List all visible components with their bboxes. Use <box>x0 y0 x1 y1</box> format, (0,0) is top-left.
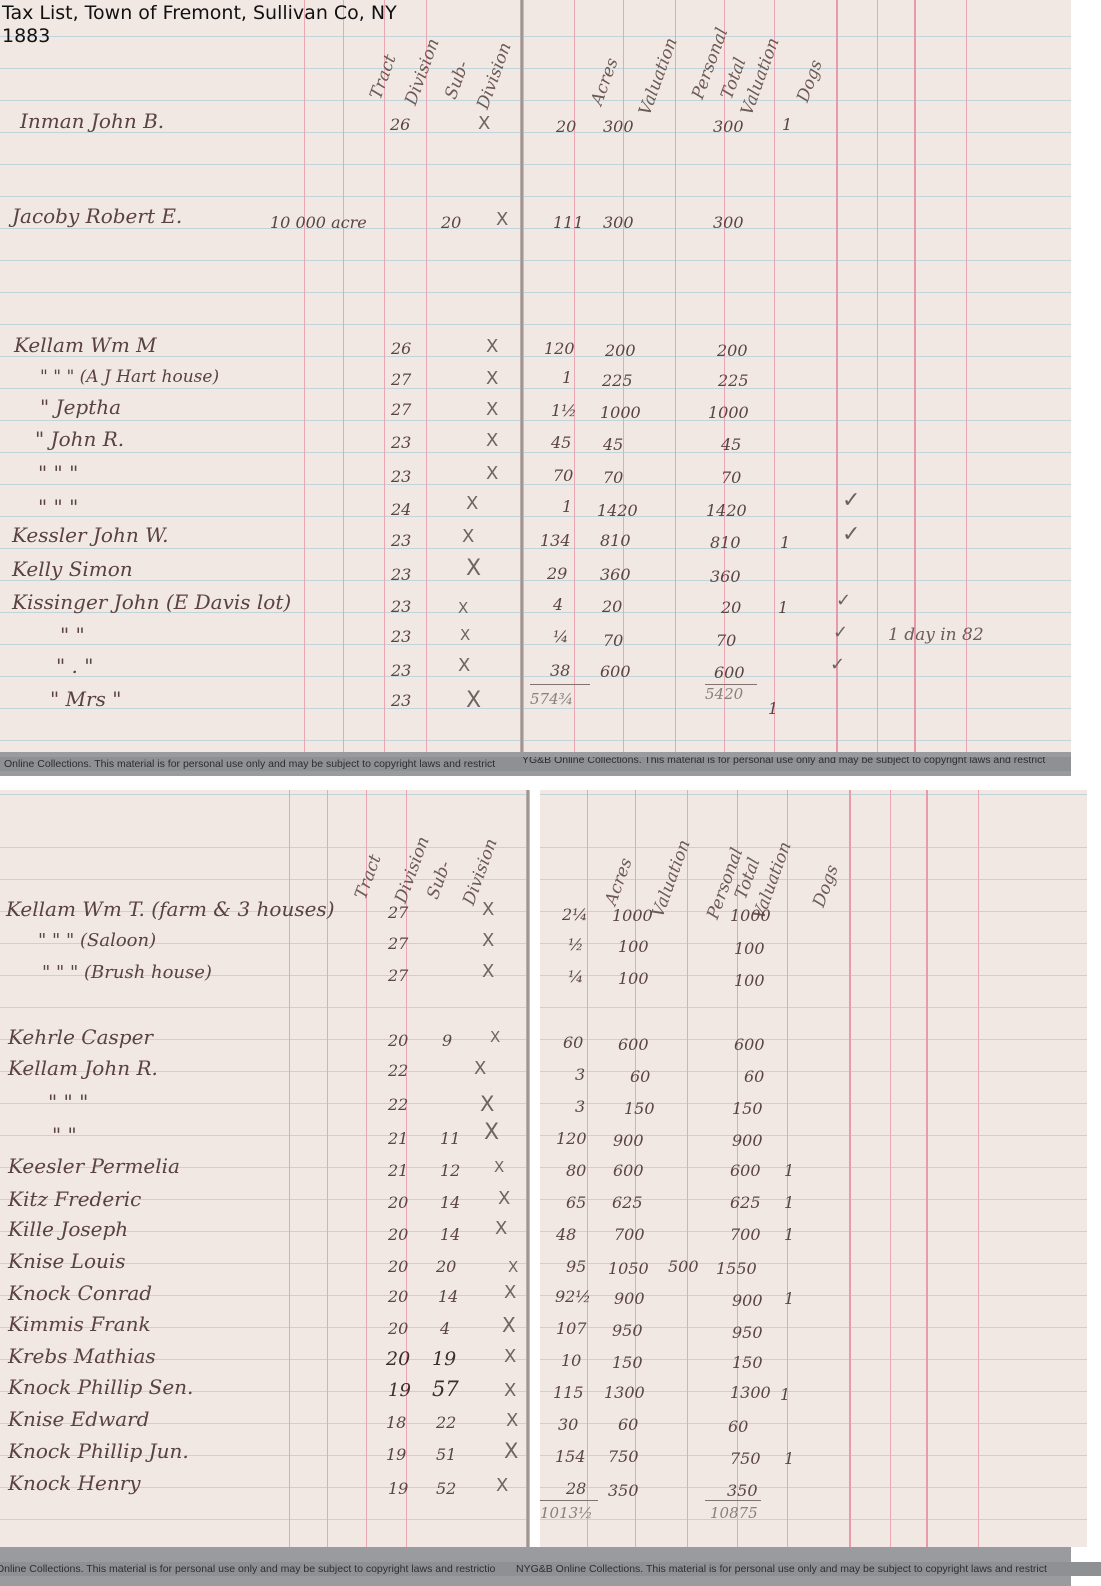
row-total: 60 <box>728 1416 748 1438</box>
row-name: " John R. <box>35 428 124 450</box>
row-total: 60 <box>744 1066 764 1088</box>
row-acres: 1 <box>562 496 572 518</box>
row-name: Kellam Wm M <box>14 334 157 356</box>
row-total: 1000 <box>708 402 749 424</box>
row-acres: 20 <box>556 116 576 138</box>
row-mark: X <box>486 336 498 358</box>
row-division: 20 <box>388 1030 408 1052</box>
row-total: 1550 <box>716 1258 757 1280</box>
row-valuation: 70 <box>603 467 623 489</box>
row-total: 20 <box>721 597 741 619</box>
row-acres: ¼ <box>568 966 584 988</box>
row-valuation: 200 <box>605 340 636 362</box>
row-division: 20 <box>441 212 461 234</box>
row-mark: X <box>458 597 468 619</box>
row-mark: X <box>466 558 481 580</box>
rule-line <box>849 790 851 1547</box>
row-mark: X <box>466 690 481 712</box>
row-dogs: 1 <box>778 597 788 619</box>
total-valuation: 10875 <box>710 1502 758 1524</box>
watermark-text-right: NYG&B Online Collections. This material … <box>516 1562 1047 1576</box>
row-sub: 20 <box>436 1256 456 1278</box>
row-division: 18 <box>386 1412 406 1434</box>
row-valuation: 1050 <box>608 1258 649 1280</box>
checkmark: ✓ <box>833 622 848 644</box>
row-total: 900 <box>732 1130 763 1152</box>
row-valuation: 150 <box>624 1098 655 1120</box>
row-acres: 154 <box>555 1446 586 1468</box>
row-mark: X <box>466 493 478 515</box>
row-sub: 14 <box>440 1224 460 1246</box>
row-personal: 500 <box>668 1256 699 1278</box>
row-total: 70 <box>716 630 736 652</box>
row-division: 27 <box>391 369 411 391</box>
rule-line <box>574 0 575 752</box>
rule-line <box>877 0 878 752</box>
row-mark: X <box>504 1440 518 1462</box>
row-sub: 11 <box>440 1128 460 1150</box>
row-dogs: 1 <box>784 1448 794 1470</box>
row-total: 600 <box>714 662 745 684</box>
row-total: 70 <box>721 467 741 489</box>
row-name: " " " <box>38 496 78 518</box>
checkmark: ✓ <box>842 524 860 546</box>
row-total: 700 <box>730 1224 761 1246</box>
row-mark: X <box>482 899 494 921</box>
row-division: 23 <box>391 530 411 552</box>
row-division: 23 <box>391 660 411 682</box>
row-total: 100 <box>734 970 765 992</box>
row-total: 1420 <box>706 500 747 522</box>
header-acres: Acres <box>601 855 636 908</box>
row-name: " " <box>52 1124 77 1146</box>
row-valuation: 600 <box>613 1160 644 1182</box>
row-sub: 57 <box>432 1378 459 1400</box>
row-sub: 12 <box>440 1160 460 1182</box>
row-total: 300 <box>713 212 744 234</box>
row-total: 950 <box>732 1322 763 1344</box>
row-name: Knock Henry <box>8 1472 141 1494</box>
row-dogs: 1 <box>780 532 790 554</box>
rule-line <box>304 0 305 752</box>
row-dogs: 1 <box>784 1192 794 1214</box>
row-total: 600 <box>730 1160 761 1182</box>
header-sub: Sub- <box>441 58 473 102</box>
row-acres: 28 <box>566 1478 586 1500</box>
row-division: 20 <box>388 1192 408 1214</box>
row-division: 26 <box>391 338 411 360</box>
row-mark: X <box>462 526 474 548</box>
row-valuation: 625 <box>612 1192 643 1214</box>
row-dogs: 1 <box>782 114 792 136</box>
caption-year: 1883 <box>2 25 397 48</box>
row-acres: 70 <box>553 465 573 487</box>
row-name: Kessler John W. <box>12 524 169 546</box>
header-dogs: Dogs <box>809 862 843 910</box>
row-valuation: 45 <box>603 434 623 456</box>
rule-line <box>384 0 385 752</box>
row-name: " " " (Saloon) <box>38 930 156 952</box>
row-total: 300 <box>713 116 744 138</box>
row-mark: X <box>486 399 498 421</box>
header-dogs: Dogs <box>793 57 827 105</box>
checkmark: ✓ <box>842 490 860 512</box>
row-total: 360 <box>710 566 741 588</box>
row-valuation: 1420 <box>597 500 638 522</box>
header-tract: Tract <box>366 52 401 102</box>
row-division: 23 <box>391 432 411 454</box>
row-total: 900 <box>732 1290 763 1312</box>
row-valuation: 20 <box>602 596 622 618</box>
row-division: 24 <box>391 499 411 521</box>
row-sub: 19 <box>432 1348 456 1370</box>
header-tract: Tract <box>351 852 386 902</box>
row-mark: X <box>506 1410 518 1432</box>
row-mark: X <box>494 1156 504 1178</box>
row-dogs: 1 <box>768 698 778 720</box>
row-mark: X <box>486 463 498 485</box>
row-note: 10 000 acre <box>270 212 367 234</box>
watermark-text-left: Online Collections. This material is for… <box>0 1562 495 1576</box>
row-mark: X <box>504 1346 516 1368</box>
row-acres: 3 <box>575 1096 585 1118</box>
row-acres: 115 <box>553 1382 584 1404</box>
row-name: Kimmis Frank <box>8 1313 151 1335</box>
row-name: Kille Joseph <box>8 1218 128 1240</box>
rule-line <box>343 0 344 752</box>
row-name: " " <box>60 624 85 646</box>
row-valuation: 300 <box>603 116 634 138</box>
row-acres: 65 <box>566 1192 586 1214</box>
row-acres: ¼ <box>553 626 569 648</box>
row-division: 20 <box>388 1224 408 1246</box>
row-sub: 9 <box>442 1030 452 1052</box>
watermark-text-right: YG&B Online Collections. This material i… <box>522 757 1045 767</box>
row-valuation: 60 <box>630 1066 650 1088</box>
row-acres: 1 <box>562 367 572 389</box>
row-acres: 48 <box>556 1224 576 1246</box>
row-acres: 29 <box>547 563 567 585</box>
row-acres: 80 <box>566 1160 586 1182</box>
row-valuation: 1300 <box>604 1382 645 1404</box>
row-mark: X <box>504 1380 516 1402</box>
header-sub: Sub- <box>423 858 455 902</box>
row-total: 1000 <box>730 905 771 927</box>
row-valuation: 350 <box>608 1480 639 1502</box>
row-division: 19 <box>388 1478 408 1500</box>
rule-line <box>978 790 979 1547</box>
row-division: 27 <box>388 902 408 924</box>
row-name: Inman John B. <box>20 110 164 132</box>
rule-line <box>426 0 427 752</box>
row-mark: X <box>508 1256 518 1278</box>
row-name: Kehrle Casper <box>8 1026 153 1048</box>
book-spine <box>526 790 530 1547</box>
row-division: 21 <box>388 1160 408 1182</box>
row-division: 22 <box>388 1060 408 1082</box>
row-valuation: 360 <box>600 564 631 586</box>
row-acres: 10 <box>561 1350 581 1372</box>
row-name: " " " <box>38 462 78 484</box>
row-acres: 95 <box>566 1256 586 1278</box>
row-mark: X <box>502 1314 516 1336</box>
row-division: 22 <box>388 1094 408 1116</box>
row-mark: X <box>486 368 498 390</box>
row-total: 100 <box>734 938 765 960</box>
row-acres: 30 <box>558 1414 578 1436</box>
row-remark: 1 day in 82 <box>888 624 984 646</box>
row-total: 625 <box>730 1192 761 1214</box>
row-acres: 3 <box>575 1064 585 1086</box>
row-division: 19 <box>386 1444 406 1466</box>
row-division: 20 <box>388 1286 408 1308</box>
row-total: 1300 <box>730 1382 771 1404</box>
rule-line <box>774 0 775 752</box>
header-acres: Acres <box>587 55 622 108</box>
row-name: Knock Conrad <box>8 1282 152 1304</box>
row-dogs: 1 <box>784 1288 794 1310</box>
row-name: Knock Phillip Jun. <box>8 1440 189 1462</box>
watermark: Online Collections. This material is for… <box>0 1562 1101 1576</box>
row-valuation: 100 <box>618 936 649 958</box>
row-name: Krebs Mathias <box>8 1345 156 1367</box>
row-name: Knise Edward <box>8 1408 149 1430</box>
row-sub: 22 <box>436 1412 456 1434</box>
row-acres: 60 <box>563 1032 583 1054</box>
row-mark: X <box>498 1188 510 1210</box>
row-valuation: 600 <box>600 661 631 683</box>
row-valuation: 100 <box>618 968 649 990</box>
row-division: 27 <box>388 965 408 987</box>
rule-line <box>687 790 688 1547</box>
row-dogs: 1 <box>784 1224 794 1246</box>
row-sub: 51 <box>436 1444 456 1466</box>
row-acres: 4 <box>553 594 563 616</box>
row-total: 150 <box>732 1098 763 1120</box>
row-mark: X <box>458 655 470 677</box>
row-mark: X <box>496 209 508 231</box>
total-acres: 1013½ <box>540 1502 593 1524</box>
sum-line <box>540 1500 598 1501</box>
row-name: Kellam John R. <box>8 1057 158 1079</box>
row-mark: X <box>496 1475 508 1497</box>
row-name: Kissinger John (E Davis lot) <box>12 591 291 613</box>
row-sub: 14 <box>440 1192 460 1214</box>
row-valuation: 1000 <box>600 402 641 424</box>
document-caption: Tax List, Town of Fremont, Sullivan Co, … <box>2 2 397 48</box>
total-acres: 574¾ <box>530 688 573 710</box>
row-acres: 134 <box>540 530 571 552</box>
header-sub-division: Division <box>459 836 502 908</box>
total-valuation: 5420 <box>705 683 743 705</box>
row-valuation: 810 <box>600 530 631 552</box>
row-mark: X <box>484 1122 499 1144</box>
row-acres: 92½ <box>555 1286 591 1308</box>
row-valuation: 60 <box>618 1414 638 1436</box>
caption-title: Tax List, Town of Fremont, Sullivan Co, … <box>2 2 397 25</box>
row-acres: 38 <box>550 660 570 682</box>
row-division: 21 <box>388 1128 408 1150</box>
row-name: " " " (A J Hart house) <box>40 366 219 388</box>
sum-line <box>530 684 590 685</box>
row-total: 810 <box>710 532 741 554</box>
watermark-text-left: Online Collections. This material is for… <box>4 757 495 771</box>
row-total: 200 <box>717 340 748 362</box>
row-total: 225 <box>718 370 749 392</box>
row-name: " Mrs " <box>50 688 121 710</box>
row-mark: X <box>495 1218 507 1240</box>
rule-line <box>890 790 891 1547</box>
row-mark: X <box>486 430 498 452</box>
row-division: 23 <box>391 626 411 648</box>
row-mark: X <box>490 1026 500 1048</box>
row-valuation: 900 <box>613 1130 644 1152</box>
row-name: " . " <box>56 655 93 677</box>
row-valuation: 225 <box>602 370 633 392</box>
row-valuation: 150 <box>612 1352 643 1374</box>
row-name: Kitz Frederic <box>8 1188 141 1210</box>
row-division: 20 <box>388 1318 408 1340</box>
row-name: Keesler Permelia <box>8 1155 180 1177</box>
row-total: 150 <box>732 1352 763 1374</box>
row-division: 20 <box>388 1256 408 1278</box>
row-total: 750 <box>730 1448 761 1470</box>
row-dogs: 1 <box>780 1384 790 1406</box>
header-division: Division <box>401 36 444 108</box>
rule-line <box>926 790 928 1547</box>
sum-line <box>705 1500 761 1501</box>
row-mark: X <box>480 1093 494 1115</box>
row-name: Kelly Simon <box>12 558 133 580</box>
row-division: 27 <box>391 399 411 421</box>
row-name: " " " <box>48 1091 88 1113</box>
row-acres: 45 <box>551 432 571 454</box>
checkmark: ✓ <box>836 590 851 612</box>
row-valuation: 700 <box>614 1224 645 1246</box>
row-total: 600 <box>734 1034 765 1056</box>
row-sub: 4 <box>440 1318 450 1340</box>
row-acres: 120 <box>556 1128 587 1150</box>
row-valuation: 70 <box>603 630 623 652</box>
row-sub: 14 <box>438 1286 458 1308</box>
row-division: 19 <box>388 1380 411 1402</box>
row-acres: ½ <box>568 934 584 956</box>
row-valuation: 950 <box>612 1320 643 1342</box>
row-acres: 2¼ <box>562 904 588 926</box>
row-name: " " " (Brush house) <box>42 962 212 984</box>
row-total: 45 <box>721 434 741 456</box>
row-name: Knock Phillip Sen. <box>8 1376 193 1398</box>
row-name: " Jeptha <box>40 396 121 418</box>
row-acres: 107 <box>556 1318 587 1340</box>
row-mark: X <box>474 1058 486 1080</box>
row-valuation: 300 <box>603 212 634 234</box>
row-sub: 52 <box>436 1478 456 1500</box>
row-valuation: 750 <box>608 1446 639 1468</box>
row-division: 26 <box>390 114 410 136</box>
row-mark: X <box>504 1282 516 1304</box>
rule-line <box>675 0 676 752</box>
watermark: Online Collections. This material is for… <box>0 757 1071 771</box>
row-name: Kellam Wm T. (farm & 3 houses) <box>6 898 335 920</box>
row-division: 23 <box>391 690 411 712</box>
rule-line <box>366 790 367 1547</box>
checkmark: ✓ <box>830 654 845 676</box>
row-division: 27 <box>388 933 408 955</box>
row-mark: X <box>482 930 494 952</box>
row-name: Jacoby Robert E. <box>12 205 182 227</box>
row-division: 23 <box>391 596 411 618</box>
row-dogs: 1 <box>784 1160 794 1182</box>
row-name: Knise Louis <box>8 1250 126 1272</box>
row-acres: 111 <box>553 212 584 234</box>
row-mark: X <box>478 113 490 135</box>
row-division: 23 <box>391 564 411 586</box>
row-valuation: 1000 <box>612 905 653 927</box>
header-sub-division: Division <box>473 40 516 112</box>
row-division: 20 <box>386 1348 410 1370</box>
row-valuation: 900 <box>614 1288 645 1310</box>
row-mark: X <box>482 961 494 983</box>
row-division: 23 <box>391 466 411 488</box>
row-valuation: 600 <box>618 1034 649 1056</box>
row-acres: 120 <box>544 338 575 360</box>
row-total: 350 <box>727 1480 758 1502</box>
row-acres: 1½ <box>551 400 577 422</box>
row-mark: X <box>460 624 470 646</box>
